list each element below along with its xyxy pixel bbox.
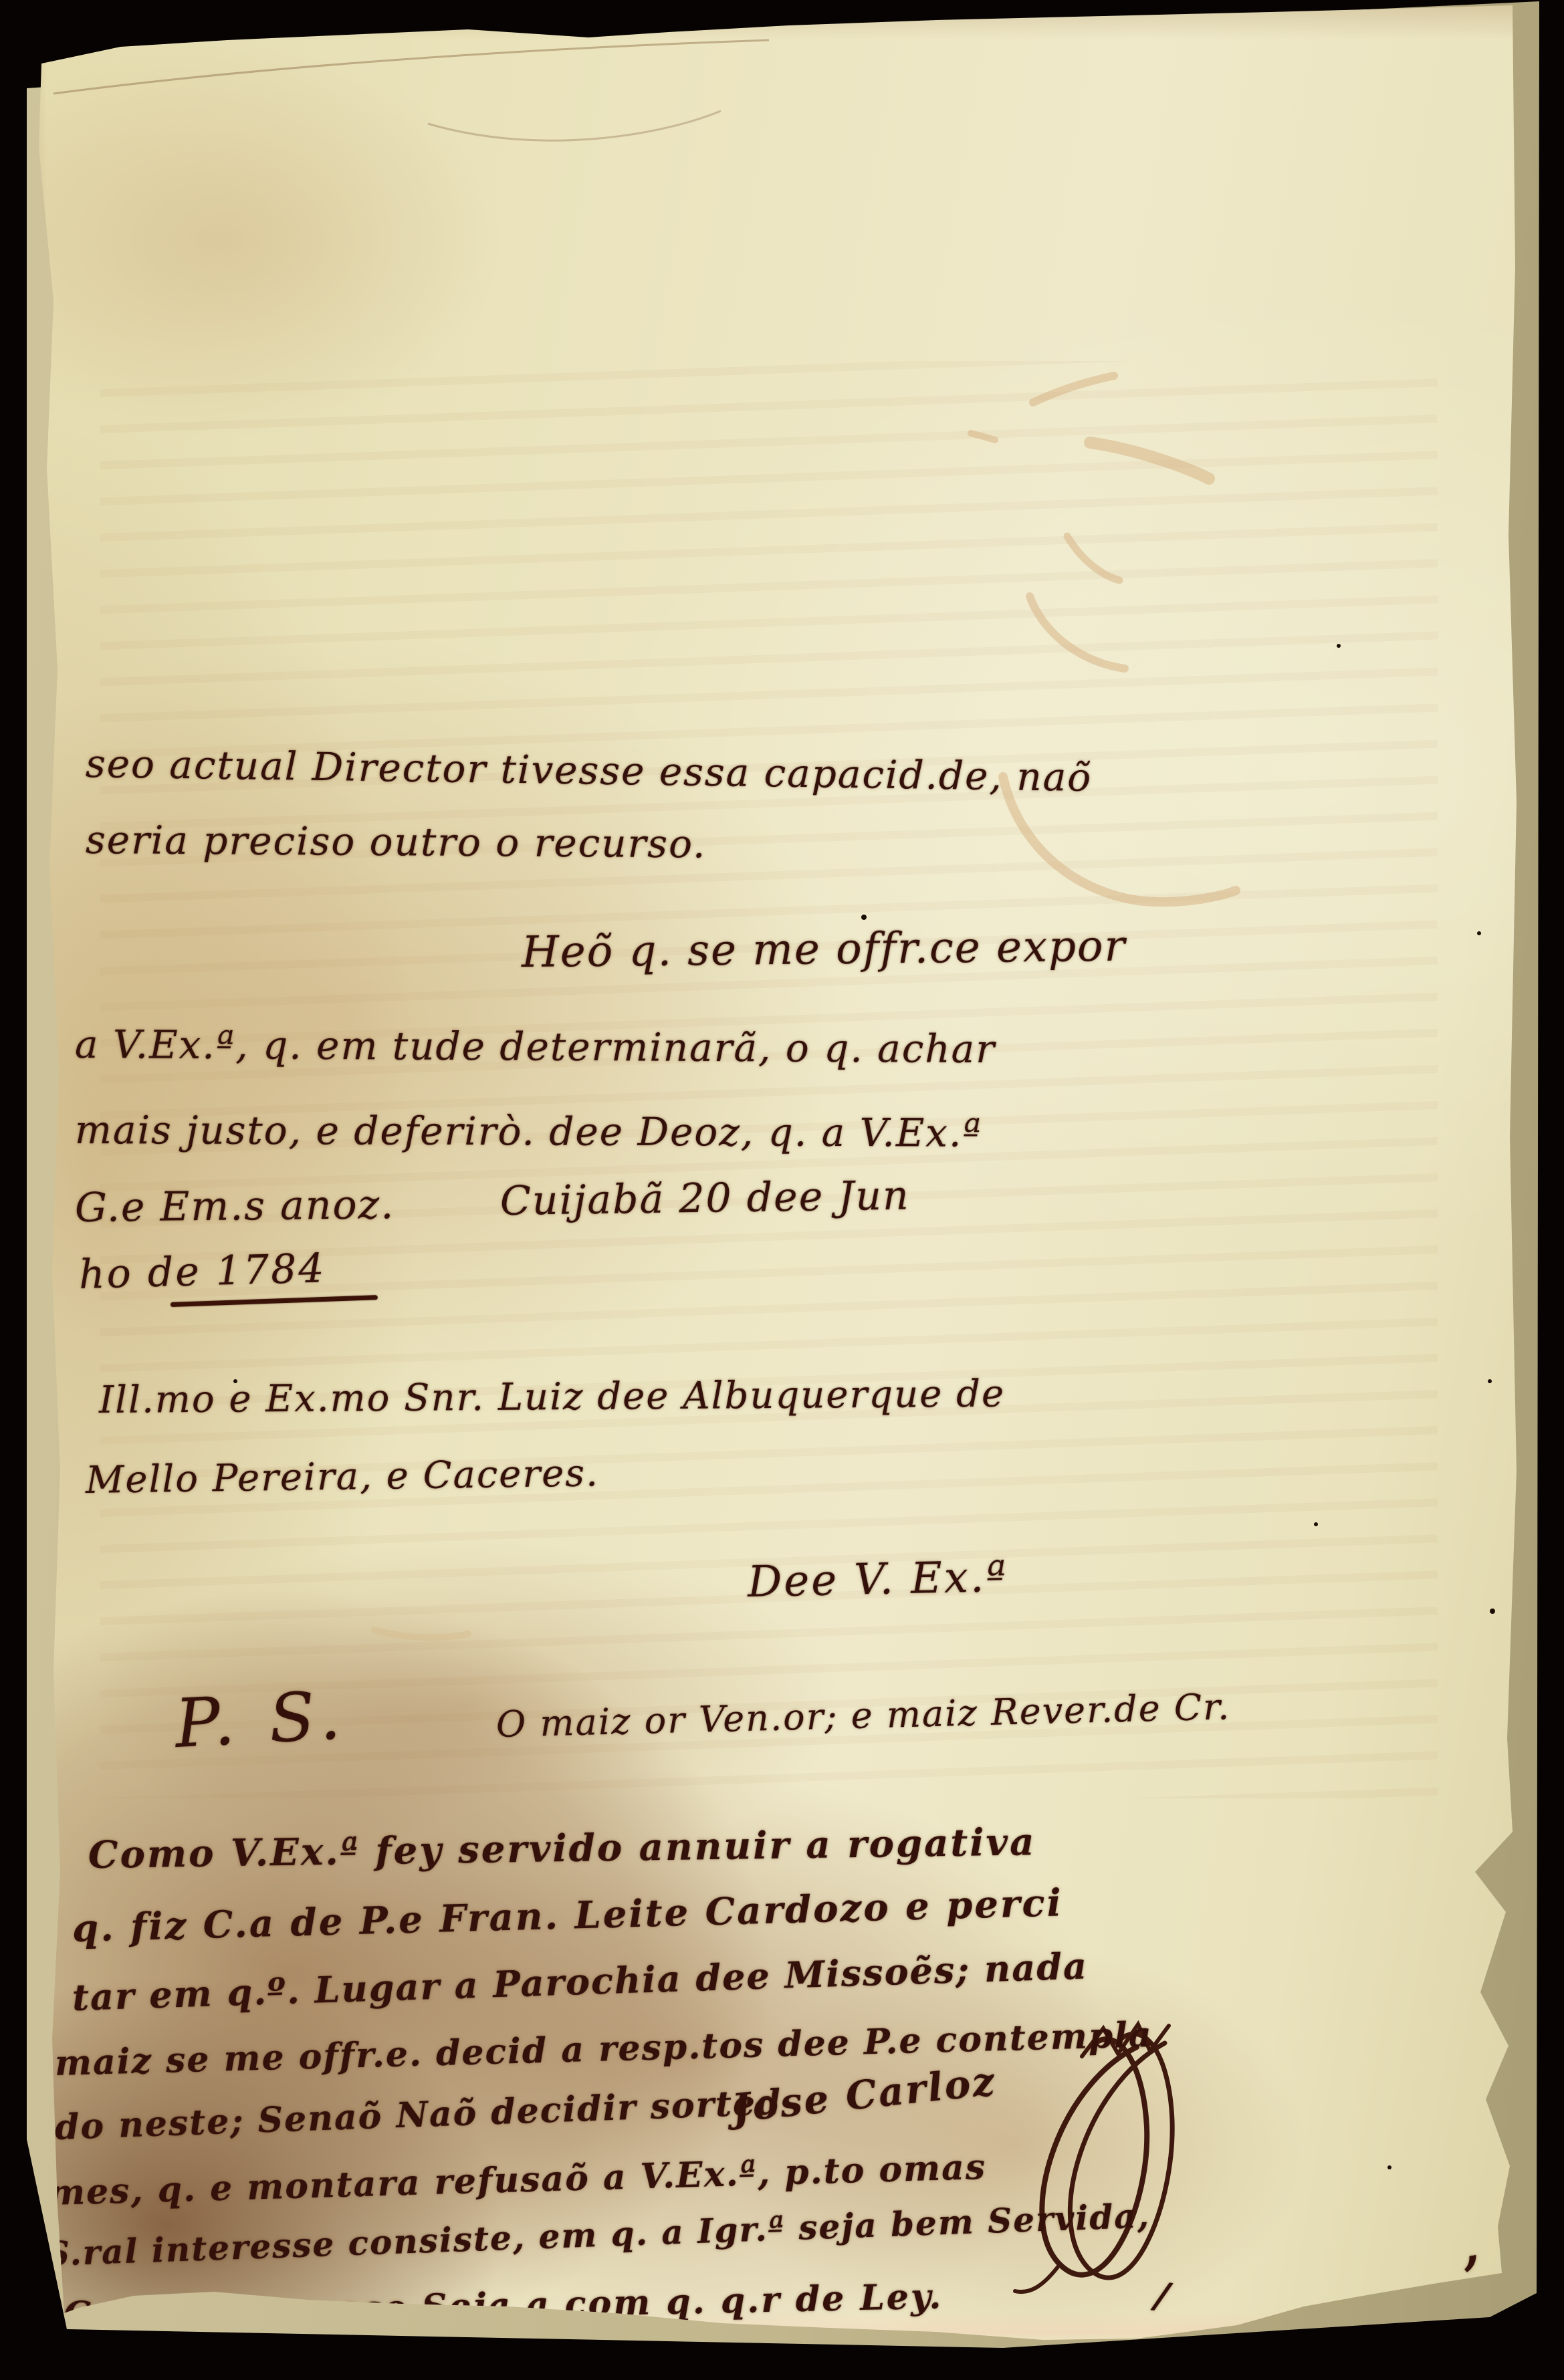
line-08: Ill.mo e Ex.mo Snr. Luiz dee Albuquerque… (99, 1373, 1006, 1422)
line-02: seria preciso outro o recurso. (86, 817, 707, 866)
line-12: Como V.Ex.ª fey servido annuir a rogativ… (88, 1820, 1036, 1877)
handwritten-text-layer: seo actual Director tivesse essa capacid… (0, 0, 1564, 2380)
line-13: q. fiz C.a de P.e Fran. Leite Cardozo e … (72, 1881, 1063, 1951)
line-10: Dee V. Ex.ª (747, 1552, 1008, 1607)
scanned-manuscript-photo: { "document": { "description_label": "Ha… (0, 0, 1564, 2380)
line-09: Mello Pereira, e Caceres. (86, 1451, 600, 1502)
line-17: mes, q. e montara refusaõ a V.Ex.ª, p.to… (47, 2147, 987, 2214)
line-04: a V.Ex.ª, q. em tude determinarã, o q. a… (75, 1022, 996, 1072)
line-03: Heõ q. se me offr.ce expor (522, 922, 1127, 977)
stray-slash-mark: / (1153, 2273, 1171, 2317)
line-11b: O maiz or Ven.or; e maiz Rever.de Cr. (495, 1685, 1231, 1746)
line-06b: Cuijabã 20 dee Jun (500, 1172, 911, 1225)
line-14: tar em q.º. Lugar a Parochia dee Missoẽs… (72, 1944, 1089, 2019)
signature-name: Jose Carloz (730, 2058, 998, 2131)
manuscript-page: seo actual Director tivesse essa capacid… (0, 0, 1564, 2380)
line-07: ho de 1784 (78, 1245, 326, 1298)
line-05: mais justo, e deferirò. dee Deoz, q. a V… (75, 1107, 982, 1156)
stray-comma-mark: , (1456, 2217, 1482, 2276)
line-01: seo actual Director tivesse essa capacid… (86, 741, 1093, 800)
line-06a: G.e Em.s anoz. (75, 1181, 395, 1231)
line-16: do neste; Senaõ Naõ decidir sorted (54, 2082, 782, 2148)
line-11a: P. S. (173, 1676, 349, 1763)
